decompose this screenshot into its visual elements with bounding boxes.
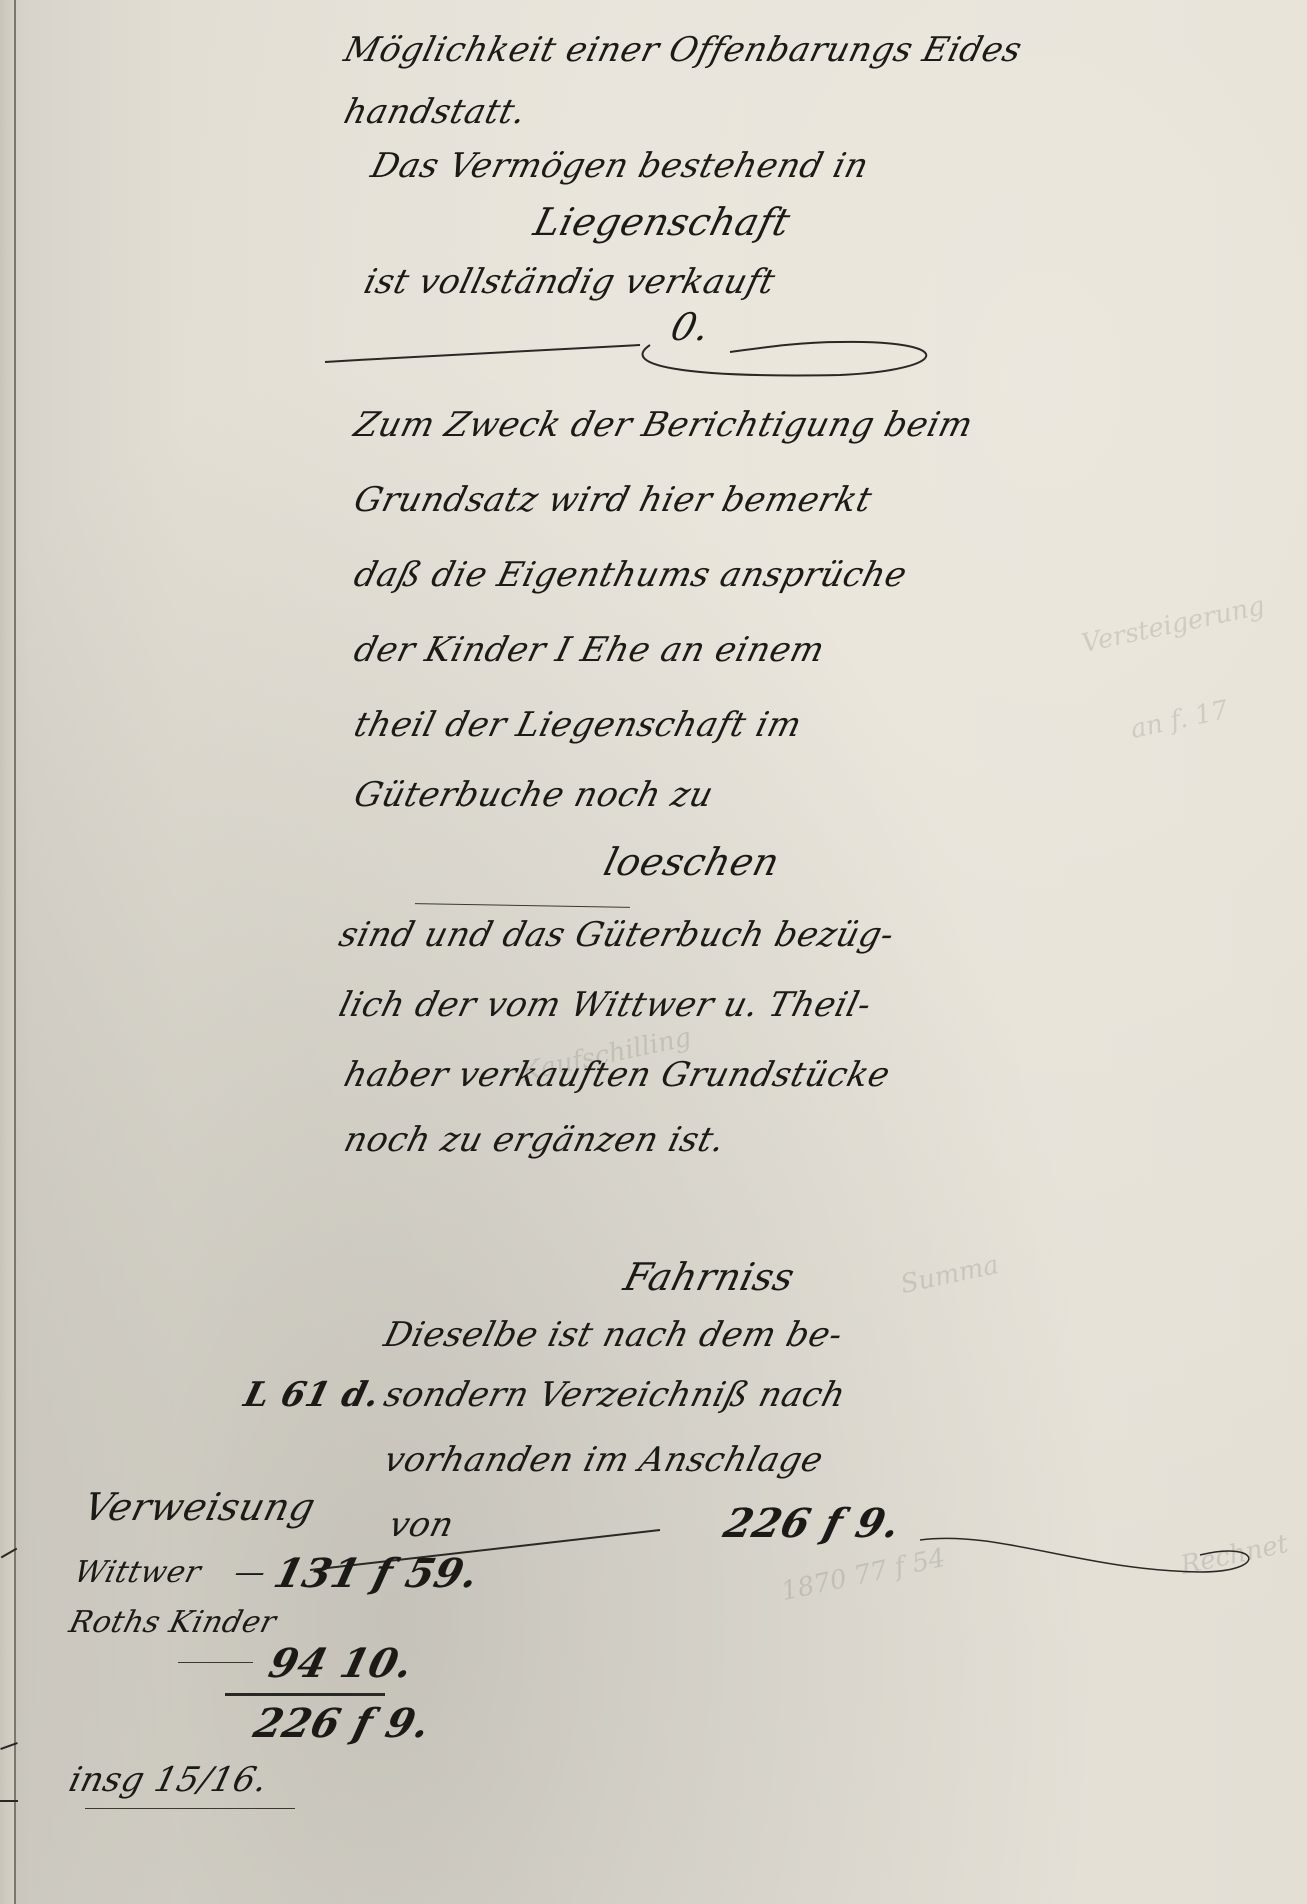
text-line: der Kinder I Ehe an einem — [350, 630, 829, 670]
text-line: noch zu ergänzen ist. — [340, 1120, 729, 1160]
text-line: lich der vom Wittwer u. Theil- — [335, 985, 875, 1025]
sum-rule — [225, 1693, 385, 1696]
text-line: Zum Zweck der Berichtigung beim — [350, 405, 977, 445]
margin-reference: L 61 d. — [240, 1375, 384, 1415]
text-line: sind und das Güterbuch bezüg- — [335, 915, 898, 955]
bleed-through-text: Summa — [898, 1250, 1001, 1300]
text-line: Dieselbe ist nach dem be- — [380, 1315, 847, 1355]
entry-label: Roths Kinder — [66, 1605, 280, 1640]
text-line: Grundsatz wird hier bemerkt — [350, 480, 876, 520]
bleed-through-text: Versteigerung — [1079, 591, 1267, 659]
document-page: Versteigerung an f. 17 Kaufschilling Sum… — [0, 0, 1307, 1904]
bleed-through-text: an f. 17 — [1128, 695, 1231, 745]
text-line: Möglichkeit einer Offenbarungs Eides — [340, 30, 1026, 70]
text-line: theil der Liegenschaft im — [350, 705, 806, 745]
margin-mark — [0, 1800, 18, 1802]
emphasized-word-loeschen: loeschen — [600, 840, 785, 884]
text-line: ist vollständig verkauft — [360, 262, 779, 302]
text-line: haber verkauften Grundstücke — [340, 1055, 894, 1095]
flourish-line — [320, 320, 960, 400]
entry-dash: — — [231, 1555, 270, 1590]
text-line: daß die Eigenthums ansprüche — [350, 555, 911, 595]
footer-note: insg 15/16. — [65, 1760, 272, 1800]
underline — [415, 903, 630, 908]
dash-rule — [178, 1662, 253, 1663]
entry-amount: 94 10. — [264, 1640, 418, 1687]
section-heading-fahrniss: Fahrniss — [620, 1255, 800, 1299]
verweisung-total: 226 f 9. — [249, 1700, 435, 1747]
text-line: Güterbuche noch zu — [350, 775, 718, 815]
entry-amount: 131 f 59. — [269, 1550, 483, 1597]
section-heading-verweisung: Verweisung — [80, 1485, 321, 1529]
text-line: handstatt. — [340, 92, 530, 132]
text-line: sondern Verzeichniß nach — [380, 1375, 850, 1415]
page-spine — [0, 0, 16, 1904]
text-line: Das Vermögen bestehend in — [367, 146, 873, 186]
section-heading-liegenschaft: Liegenschaft — [530, 200, 795, 244]
entry-label: Wittwer — [71, 1555, 205, 1590]
footer-rule — [85, 1808, 295, 1809]
